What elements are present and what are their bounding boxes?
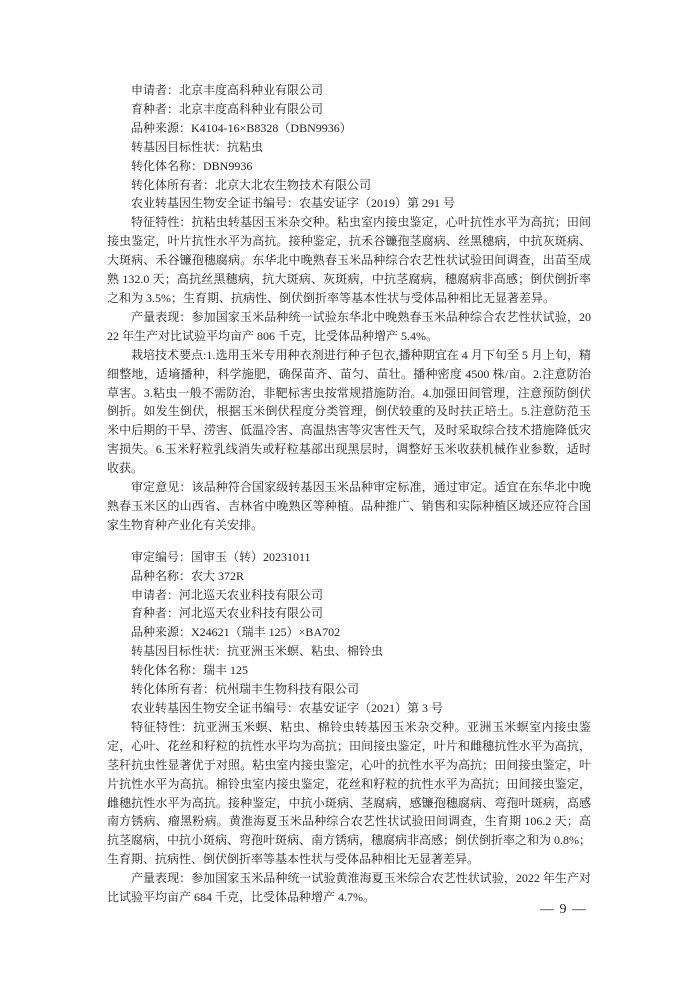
- document-page: 申请者：北京丰度高科种业有限公司 育种者：北京丰度高科种业有限公司 品种来源：K…: [0, 0, 700, 990]
- approval-number-line: 审定编号：国审玉（转）20231011: [107, 548, 591, 567]
- applicant-line: 申请者：河北巡天农业科技有限公司: [107, 586, 591, 605]
- transformant-name-line: 转化体名称：瑞丰 125: [107, 661, 591, 680]
- approval-opinion-paragraph: 审定意见：该品种符合国家级转基因玉米品种审定标准，通过审定。适宜在东华北中晚熟春…: [107, 478, 591, 535]
- characteristics-paragraph: 特征特性：抗亚洲玉米螟、粘虫、棉铃虫转基因玉米杂交种。亚洲玉米螟室内接虫鉴定，心…: [107, 718, 591, 869]
- transformant-owner-line: 转化体所有者：北京大北农生物技术有限公司: [107, 176, 591, 195]
- section-divider-gap: [107, 535, 591, 548]
- safety-certificate-line: 农业转基因生物安全证书编号：农基安证字（2019）第 291 号: [107, 194, 591, 213]
- variety-section-2: 审定编号：国审玉（转）20231011 品种名称：农大 372R 申请者：河北巡…: [107, 548, 591, 907]
- characteristics-paragraph: 特征特性：抗粘虫转基因玉米杂交种。粘虫室内接虫鉴定，心叶抗性水平为高抗；田间接虫…: [107, 213, 591, 308]
- breeder-line: 育种者：河北巡天农业科技有限公司: [107, 604, 591, 623]
- gm-target-trait-line: 转基因目标性状：抗粘虫: [107, 138, 591, 157]
- transformant-name-line: 转化体名称：DBN9936: [107, 157, 591, 176]
- document-content: 申请者：北京丰度高科种业有限公司 育种者：北京丰度高科种业有限公司 品种来源：K…: [107, 81, 591, 907]
- transformant-owner-line: 转化体所有者：杭州瑞丰生物科技有限公司: [107, 680, 591, 699]
- cultivation-points-paragraph: 栽培技术要点:1.选用玉米专用种衣剂进行种子包衣,播种期宜在 4 月下旬至 5 …: [107, 346, 591, 478]
- variety-source-line: 品种来源：K4104-16×B8328（DBN9936）: [107, 119, 591, 138]
- page-footer: — 9 —: [540, 902, 587, 918]
- gm-target-trait-line: 转基因目标性状：抗亚洲玉米螟、粘虫、棉铃虫: [107, 642, 591, 661]
- yield-paragraph: 产量表现：参加国家玉米品种统一试验黄淮海夏玉米综合农艺性状试验，2022 年生产…: [107, 869, 591, 907]
- variety-name-line: 品种名称：农大 372R: [107, 567, 591, 586]
- variety-source-line: 品种来源：X24621（瑞丰 125）×BA702: [107, 623, 591, 642]
- breeder-line: 育种者：北京丰度高科种业有限公司: [107, 100, 591, 119]
- applicant-line: 申请者：北京丰度高科种业有限公司: [107, 81, 591, 100]
- page-number: — 9 —: [540, 902, 587, 917]
- safety-certificate-line: 农业转基因生物安全证书编号：农基安证字（2021）第 3 号: [107, 699, 591, 718]
- variety-section-1: 申请者：北京丰度高科种业有限公司 育种者：北京丰度高科种业有限公司 品种来源：K…: [107, 81, 591, 535]
- yield-paragraph: 产量表现：参加国家玉米品种统一试验东华北中晚熟春玉米品种综合农艺性状试验，202…: [107, 308, 591, 346]
